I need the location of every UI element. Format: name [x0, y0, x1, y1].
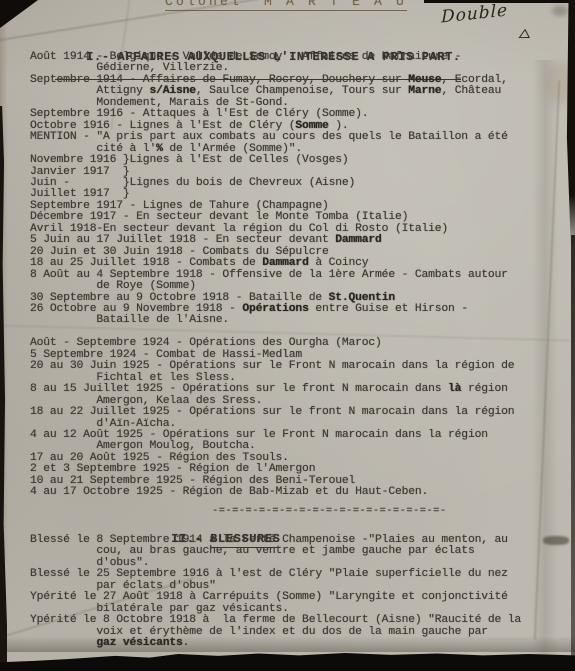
scanned-document-page: Colonel M A R T E A U Double ◁ I.- AFFAI…	[0, 0, 575, 671]
section-divider: -=-=-=-=-=-=-=-=-=-=-=-=-=-=-=-=-=-	[212, 505, 447, 517]
document-title: Colonel M A R T E A U	[165, 0, 407, 11]
handwritten-note: Double	[441, 0, 508, 27]
paper-fold-shadow	[532, 60, 558, 660]
typed-line: MENTION - "A pris part aux combats au co…	[30, 132, 514, 143]
typed-line: 8 au 15 Juillet 1925 - Opérations sur le…	[30, 384, 514, 395]
typed-line: Ypérité le 27 Août 1918 à Carrépuits (So…	[30, 592, 521, 603]
pencil-arrow-icon: ◁	[515, 27, 531, 45]
typed-line: Bataille de l'Aisne.	[30, 315, 514, 326]
typed-line: 5 Juin au 17 Juillet 1918 - En secteur d…	[30, 235, 514, 246]
typed-line: Ypérité le 8 Octobre 1918 à la ferme de …	[30, 615, 521, 626]
section-1-body: Août 1914 - Belgique - Vallée de Semoy -…	[30, 52, 514, 499]
typed-line: Novembre 1916 }Lignes à l'Est de Celles …	[30, 155, 514, 166]
scan-bottom-shadow	[0, 636, 575, 652]
typed-line: de Roye (Somme)	[30, 281, 514, 292]
typed-line: 18 au 22 Juillet 1925 - Opérations sur l…	[30, 407, 514, 418]
typed-line: 4 au 17 Octobre 1925 - Région de Bab-Miz…	[30, 487, 514, 498]
typed-line: 20 au 30 Juin 1925 - Opérations sur le F…	[30, 361, 514, 372]
paper-stain	[552, 6, 568, 16]
scan-edge-right	[566, 0, 575, 250]
scan-edge-left-soft	[0, 0, 8, 561]
section-2-body: Blessé le 8 Septembre 1914 à la Ferté Ch…	[30, 535, 521, 650]
scan-edge-right	[571, 235, 575, 660]
typed-line: 18 au 25 Juillet 1918 - Combats de Damma…	[30, 258, 514, 269]
typed-line: Septembre 1916 - Attaques à l'Est de Clé…	[30, 109, 514, 120]
